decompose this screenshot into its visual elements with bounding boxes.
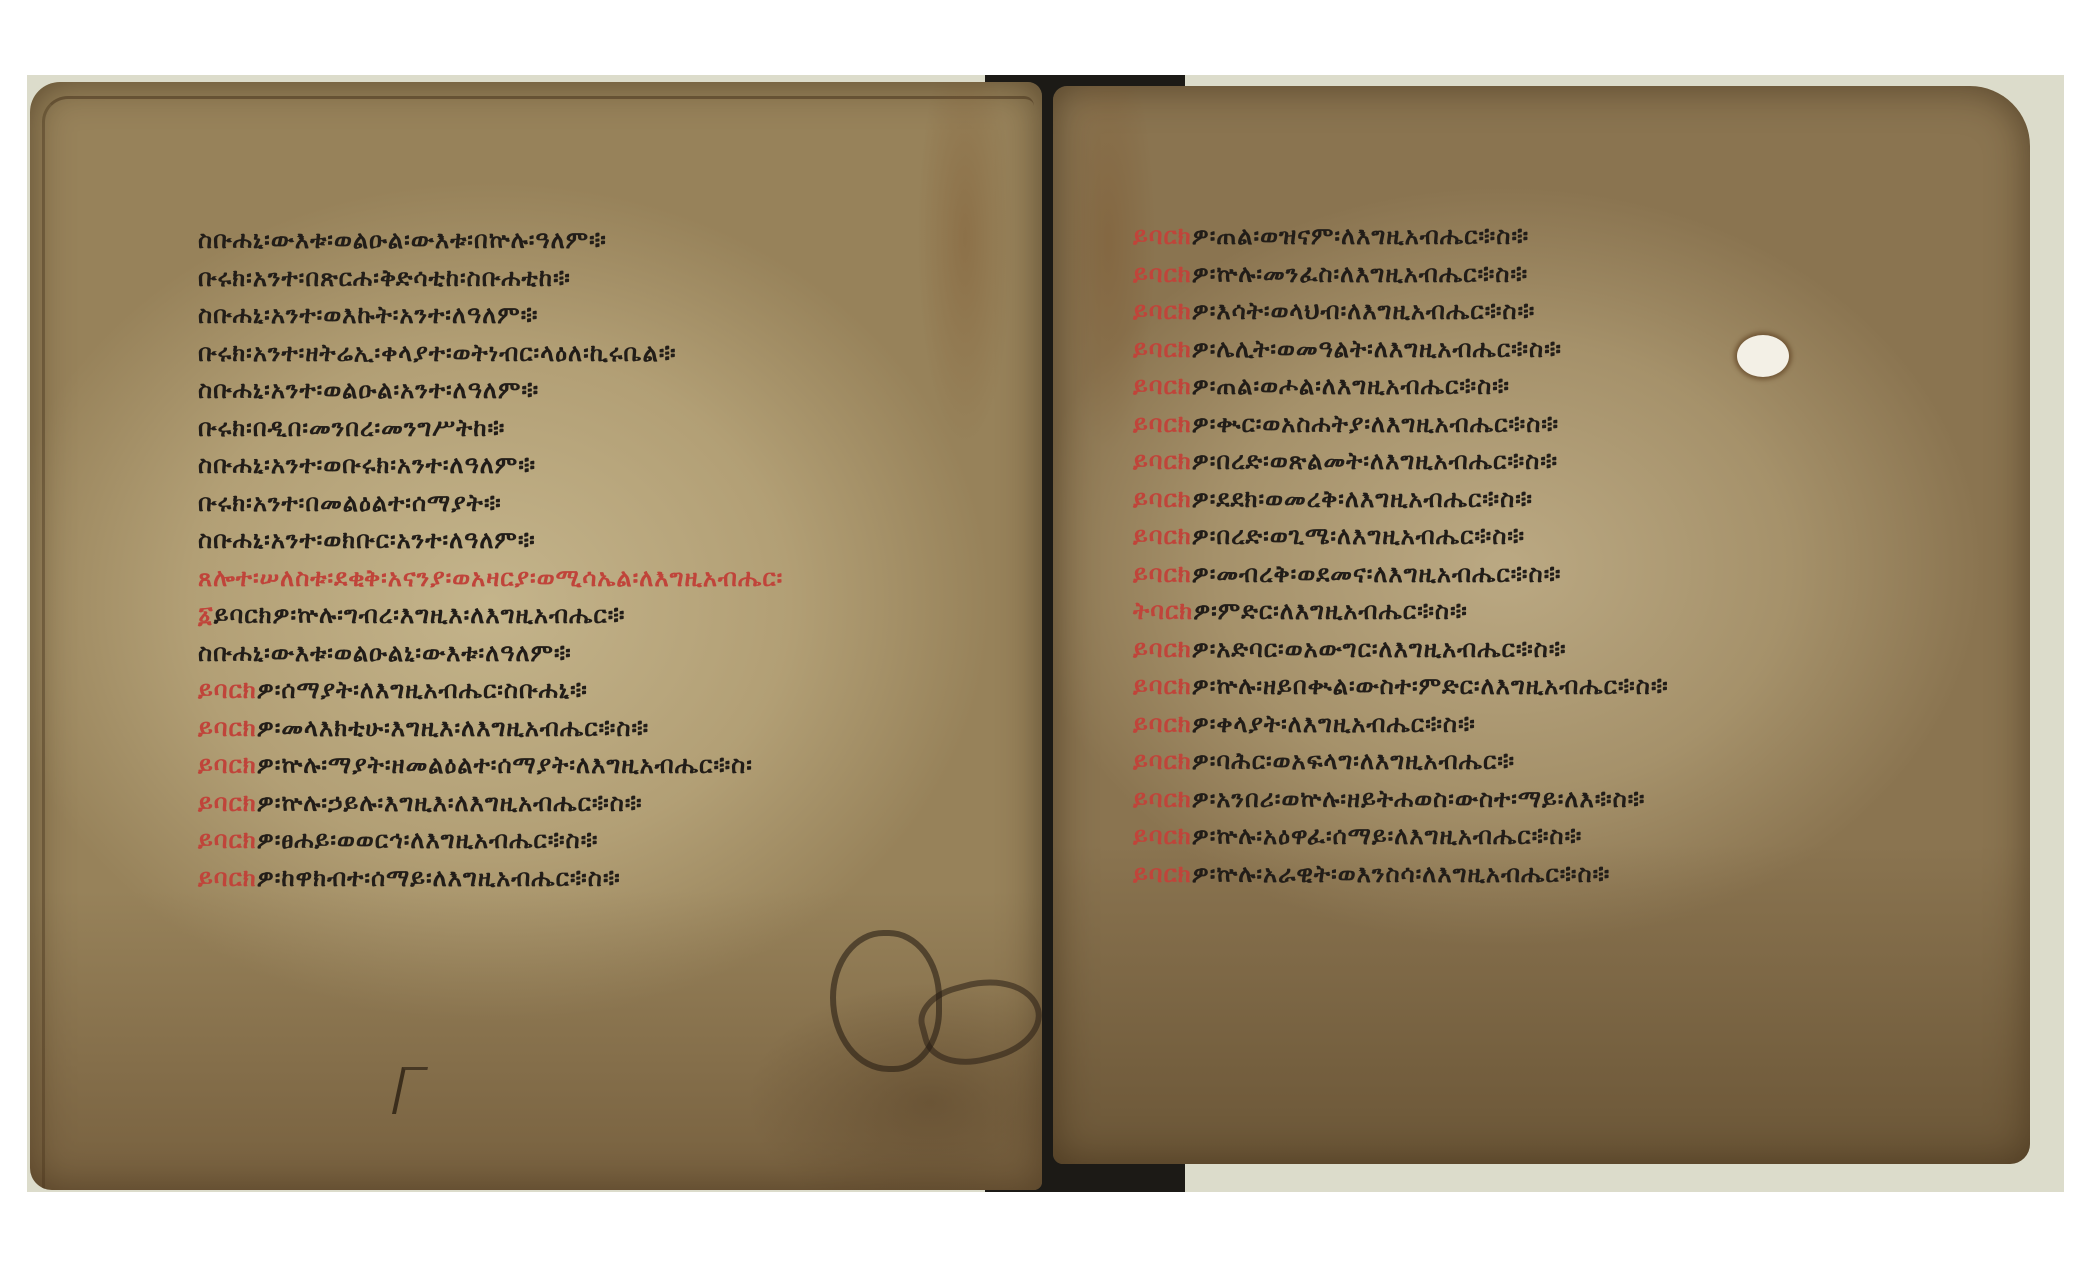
- refrain-lead: ይባርክ: [1133, 747, 1192, 775]
- text-line: ይባርክዎ፡በረድ፡ወጽልመት፡ለእግዚአብሔር፨ስ፨: [1133, 443, 1669, 481]
- text-line: ይባርክዎ፡ኵሉ፡ኃይሉ፡እግዚእ፡ለእግዚአብሔር፨ስ፨: [198, 785, 783, 823]
- text-line: ቡሩክ፡አንተ፡በመልዕልተ፡ሰማያት፨: [198, 485, 783, 523]
- text-line: ይባርክዎ፡ኵሉ፡መንፈስ፡ለእግዚአብሔር፨ስ፨: [1133, 256, 1669, 294]
- refrain-lead: ይባርክ: [198, 864, 257, 892]
- refrain-lead: ይባርክ: [1133, 635, 1192, 663]
- right-page: ይባርክዎ፡ጠል፡ወዝናም፡ለእግዚአብሔር፨ስ፨ ይባርክዎ፡ኵሉ፡መንፈስ፡…: [1053, 86, 2030, 1164]
- text-line: ስቡሐኒ፡ውእቱ፡ወልዑል፡ውእቱ፡በኵሉ፡ዓለም፨: [198, 222, 783, 260]
- refrain-lead: ይባርክ: [1133, 222, 1192, 250]
- verse-number: ፩: [198, 601, 214, 629]
- text-line: ይባርክዎ፡እሳት፡ወላህብ፡ለእግዚአብሔር፨ስ፨: [1133, 293, 1669, 331]
- text-line: ይባርክዎ፡ሌሊት፡ወመዓልት፡ለእግዚአብሔር፨ስ፨: [1133, 331, 1669, 369]
- text-line: ቡሩክ፡አንተ፡በጽርሐ፡ቅድሳቲከ፡ስቡሐቲከ፨: [198, 260, 783, 298]
- text-line: ይባርክዎ፡ፀሐይ፡ወወርኅ፡ለእግዚአብሔር፨ስ፨: [198, 822, 783, 860]
- refrain-lead: ይባርክ: [1133, 297, 1192, 325]
- refrain-lead: ይባርክ: [1133, 560, 1192, 588]
- text-line: ይባርክዎ፡ጠል፡ወሖል፡ለእግዚአብሔር፨ስ፨: [1133, 368, 1669, 406]
- ink-stain-ring: [830, 930, 942, 1072]
- refrain-lead: ይባርክ: [1133, 785, 1192, 813]
- refrain-lead: ይባርክ: [198, 826, 257, 854]
- refrain-lead: ይባርክ: [1133, 822, 1192, 850]
- rubric-heading: ጸሎተ፡ሠለስቱ፡ደቂቅ፡አናንያ፡ወአዛርያ፡ወሚሳኤል፡ለእግዚአብሔር፡: [198, 560, 783, 598]
- water-stain: [900, 82, 1030, 602]
- text-line: ይባርክዎ፡መብረቅ፡ወደመና፡ለእግዚአብሔር፨ስ፨: [1133, 556, 1669, 594]
- text-line: ይባርክዎ፡ጠል፡ወዝናም፡ለእግዚአብሔር፨ስ፨: [1133, 218, 1669, 256]
- refrain-lead: ይባርክ: [198, 789, 257, 817]
- refrain-lead: ይባርክ: [1133, 335, 1192, 363]
- text-line: ይባርክዎ፡ከዋክብተ፡ሰማይ፡ለእግዚአብሔር፨ስ፨: [198, 860, 783, 898]
- text-line: ስቡሐኒ፡አንተ፡ወክቡር፡አንተ፡ለዓለም፨: [198, 522, 783, 560]
- text-line: ፩ይባርክዎ፡ኵሉ፡ግብረ፡እግዚእ፡ለእግዚአብሔር፨: [198, 597, 783, 635]
- text-line: ትባርክዎ፡ምድር፡ለእግዚአብሔር፨ስ፨: [1133, 593, 1669, 631]
- text-line: ይባርክዎ፡ባሕር፡ወአፍላግ፡ለእግዚአብሔር፨: [1133, 743, 1669, 781]
- text-line: ይባርክዎ፡ኵሉ፡አራዊት፡ወእንስሳ፡ለእግዚአብሔር፨ስ፨: [1133, 856, 1669, 894]
- refrain-lead: ይባርክ: [198, 676, 257, 704]
- refrain-lead: ይባርክ: [1133, 485, 1192, 513]
- text-line: ይባርክዎ፡አንበሪ፡ወኵሉ፡ዘይትሐወስ፡ውስተ፡ማይ፡ለእ፨ስ፨: [1133, 781, 1669, 819]
- text-line: ይባርክዎ፡ደደክ፡ወመረቅ፡ለእግዚአብሔር፨ስ፨: [1133, 481, 1669, 519]
- left-page-text: ስቡሐኒ፡ውእቱ፡ወልዑል፡ውእቱ፡በኵሉ፡ዓለም፨ ቡሩክ፡አንተ፡በጽርሐ፡…: [198, 222, 783, 897]
- refrain-lead: ትባርክ: [1133, 597, 1193, 625]
- text-line: ይባርክዎ፡ቀላያት፡ለእግዚአብሔር፨ስ፨: [1133, 706, 1669, 744]
- refrain-lead: ይባርክ: [198, 714, 257, 742]
- text-line: ስቡሐኒ፡አንተ፡ወቡሩክ፡አንተ፡ለዓለም፨: [198, 447, 783, 485]
- text-line: ይባርክዎ፡ኵሉ፡አዕዋፈ፡ሰማይ፡ለእግዚአብሔር፨ስ፨: [1133, 818, 1669, 856]
- refrain-lead: ይባርክ: [1133, 447, 1192, 475]
- text-line: ይባርክዎ፡ኵሉ፡ዘይበቊል፡ውስተ፡ምድር፡ለእግዚአብሔር፨ስ፨: [1133, 668, 1669, 706]
- text-line: ይባርክዎ፡አድባር፡ወአውግር፡ለእግዚአብሔር፨ስ፨: [1133, 631, 1669, 669]
- refrain-lead: ይባርክ: [1133, 860, 1192, 888]
- refrain-lead: ይባርክ: [1133, 410, 1192, 438]
- text-line: ይባርክዎ፡ቊር፡ወአስሐትያ፡ለእግዚአብሔር፨ስ፨: [1133, 406, 1669, 444]
- text-line: ይባርክዎ፡ሰማያት፡ለእግዚአብሔር፡ስቡሐኒ፨: [198, 672, 783, 710]
- parchment-hole: [1737, 335, 1789, 377]
- text-line: ይባርክዎ፡መላእክቲሁ፡እግዚእ፡ለእግዚአብሔር፨ስ፨: [198, 710, 783, 748]
- text-line: ይባርክዎ፡በረድ፡ወጊሜ፡ለእግዚአብሔር፨ስ፨: [1133, 518, 1669, 556]
- refrain-lead: ይባርክ: [1133, 710, 1192, 738]
- text-line: ይባርክዎ፡ኵሉ፡ማያት፡ዘመልዕልተ፡ሰማያት፡ለእግዚአብሔር፨ስ፡: [198, 747, 783, 785]
- refrain-lead: ይባርክ: [198, 751, 257, 779]
- refrain-lead: ይባርክ: [1133, 672, 1192, 700]
- text-line: ስቡሐኒ፡ውእቱ፡ወልዑልኒ፡ውእቱ፡ለዓለም፨: [198, 635, 783, 673]
- text-line: ቡሩክ፡አንተ፡ዘትሬኢ፡ቀላያተ፡ወትነብር፡ላዕለ፡ኪሩቤል፨: [198, 335, 783, 373]
- refrain-lead: ይባርክ: [1133, 372, 1192, 400]
- text-line: ስቡሐኒ፡አንተ፡ወእኩት፡አንተ፡ለዓለም፨: [198, 297, 783, 335]
- refrain-lead: ይባርክ: [1133, 522, 1192, 550]
- right-page-text: ይባርክዎ፡ጠል፡ወዝናም፡ለእግዚአብሔር፨ስ፨ ይባርክዎ፡ኵሉ፡መንፈስ፡…: [1133, 218, 1669, 893]
- refrain-lead: ይባርክ: [1133, 260, 1192, 288]
- text-line: ስቡሐኒ፡አንተ፡ወልዑል፡አንተ፡ለዓለም፨: [198, 372, 783, 410]
- text-line: ቡሩክ፡በዲበ፡መንበረ፡መንግሥትከ፨: [198, 410, 783, 448]
